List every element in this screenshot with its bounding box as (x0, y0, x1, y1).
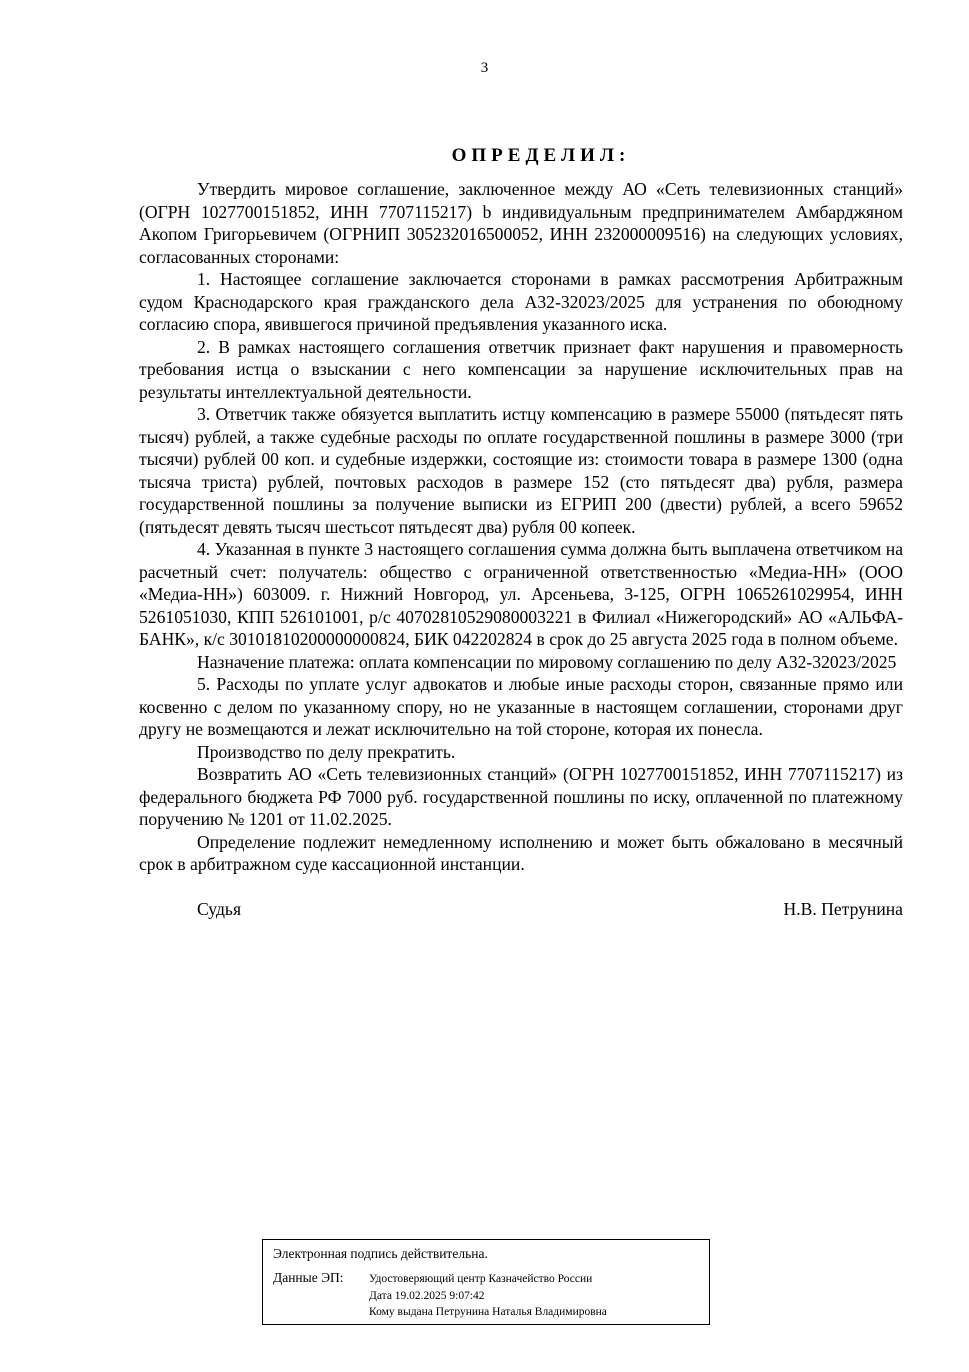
paragraph-termination: Производство по делу прекратить. (139, 741, 903, 764)
e-signature-details: Удостоверяющий центр Казначейство России… (369, 1271, 607, 1321)
paragraph-intro: Утвердить мировое соглашение, заключенно… (139, 178, 903, 268)
e-signature-label: Данные ЭП: (273, 1270, 344, 1286)
paragraph-payment-purpose: Назначение платежа: оплата компенсации п… (139, 651, 903, 674)
paragraph-clause-4: 4. Указанная в пункте 3 настоящего согла… (139, 538, 903, 651)
paragraph-clause-5: 5. Расходы по уплате услуг адвокатов и л… (139, 673, 903, 741)
paragraph-appeal: Определение подлежит немедленному исполн… (139, 831, 903, 876)
document-body: ОПРЕДЕЛИЛ: Утвердить мировое соглашение,… (139, 143, 903, 920)
paragraph-refund: Возвратить АО «Сеть телевизионных станци… (139, 763, 903, 831)
signature-row: Судья Н.В. Петрунина (139, 898, 903, 921)
e-signature-issuer: Удостоверяющий центр Казначейство России (369, 1271, 607, 1288)
e-signature-date: Дата 19.02.2025 9:07:42 (369, 1288, 607, 1305)
judge-name: Н.В. Петрунина (784, 898, 903, 921)
e-signature-issued-to: Кому выдана Петрунина Наталья Владимиров… (369, 1304, 607, 1321)
ruling-heading: ОПРЕДЕЛИЛ: (139, 143, 903, 169)
e-signature-stamp: Электронная подпись действительна. Данны… (262, 1239, 710, 1325)
paragraph-clause-3: 3. Ответчик также обязуется выплатить ис… (139, 403, 903, 538)
page-number: 3 (0, 60, 969, 77)
paragraph-clause-1: 1. Настоящее соглашение заключается стор… (139, 268, 903, 336)
judge-title: Судья (197, 898, 241, 921)
paragraph-clause-2: 2. В рамках настоящего соглашения ответч… (139, 336, 903, 404)
e-signature-status: Электронная подпись действительна. (273, 1246, 488, 1262)
